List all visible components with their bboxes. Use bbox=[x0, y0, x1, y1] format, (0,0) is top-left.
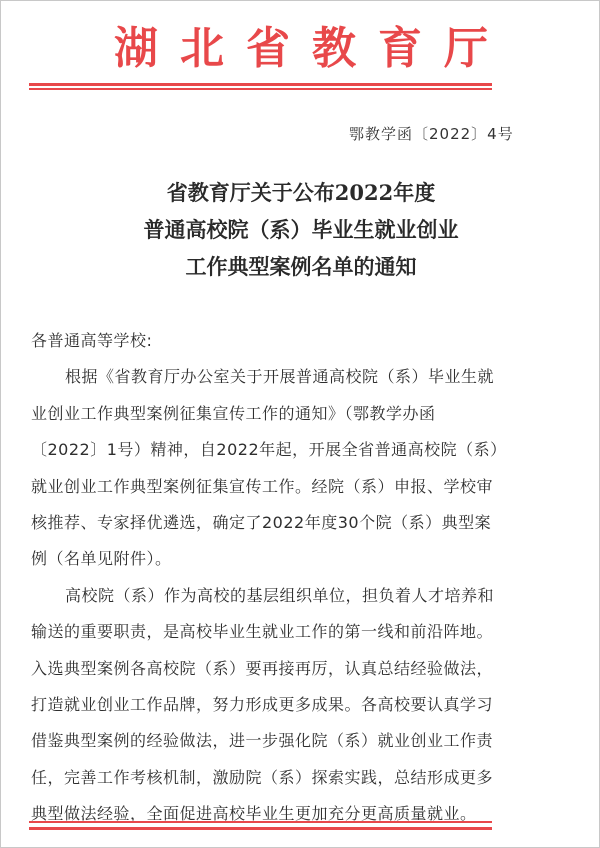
title-line: 省教育厅关于公布2022年度 bbox=[1, 174, 600, 211]
paragraph-line: 打造就业创业工作品牌，努力形成更多成果。各高校要认真学习 bbox=[31, 687, 461, 723]
document-number: 鄂教学函〔2022〕4号 bbox=[349, 123, 514, 144]
document-title: 省教育厅关于公布2022年度 普通高校院（系）毕业生就业创业 工作典型案例名单的… bbox=[1, 174, 600, 285]
salutation: 各普通高等学校: bbox=[31, 323, 461, 359]
paragraph-2: 高校院（系）作为高校的基层组织单位，担负着人才培养和 输送的重要职责，是高校毕业… bbox=[31, 578, 461, 833]
masthead-title: 湖北省教育厅 bbox=[1, 23, 600, 75]
paragraph-line: 业创业工作典型案例征集宣传工作的通知》（鄂教学办函 bbox=[31, 396, 461, 432]
paragraph-1: 根据《省教育厅办公室关于开展普通高校院（系）毕业生就 业创业工作典型案例征集宣传… bbox=[31, 359, 461, 577]
document-body: 各普通高等学校: 根据《省教育厅办公室关于开展普通高校院（系）毕业生就 业创业工… bbox=[31, 323, 461, 833]
footer-rule-thick bbox=[29, 827, 492, 830]
paragraph-line: 借鉴典型案例的经验做法，进一步强化院（系）就业创业工作责 bbox=[31, 723, 461, 759]
paragraph-line: 根据《省教育厅办公室关于开展普通高校院（系）毕业生就 bbox=[31, 359, 461, 395]
paragraph-line: 入选典型案例各高校院（系）要再接再厉，认真总结经验做法， bbox=[31, 651, 461, 687]
paragraph-line: 〔2022〕1号）精神，自2022年起，开展全省普通高校院（系） bbox=[31, 432, 461, 468]
title-line: 普通高校院（系）毕业生就业创业 bbox=[1, 211, 600, 248]
paragraph-line: 任，完善工作考核机制，激励院（系）探索实践，总结形成更多 bbox=[31, 760, 461, 796]
paragraph-line: 高校院（系）作为高校的基层组织单位，担负着人才培养和 bbox=[31, 578, 461, 614]
masthead-rule-thin bbox=[29, 88, 492, 90]
paragraph-line: 例（名单见附件）。 bbox=[31, 541, 461, 577]
document-page: 湖北省教育厅 鄂教学函〔2022〕4号 省教育厅关于公布2022年度 普通高校院… bbox=[0, 0, 600, 848]
title-line: 工作典型案例名单的通知 bbox=[1, 248, 600, 285]
footer-rule-thin bbox=[29, 821, 492, 823]
masthead-rule-thick bbox=[29, 83, 492, 86]
paragraph-line: 核推荐、专家择优遴选，确定了2022年度30个院（系）典型案 bbox=[31, 505, 461, 541]
paragraph-line: 就业创业工作典型案例征集宣传工作。经院（系）申报、学校审 bbox=[31, 469, 461, 505]
paragraph-line: 输送的重要职责，是高校毕业生就业工作的第一线和前沿阵地。 bbox=[31, 614, 461, 650]
